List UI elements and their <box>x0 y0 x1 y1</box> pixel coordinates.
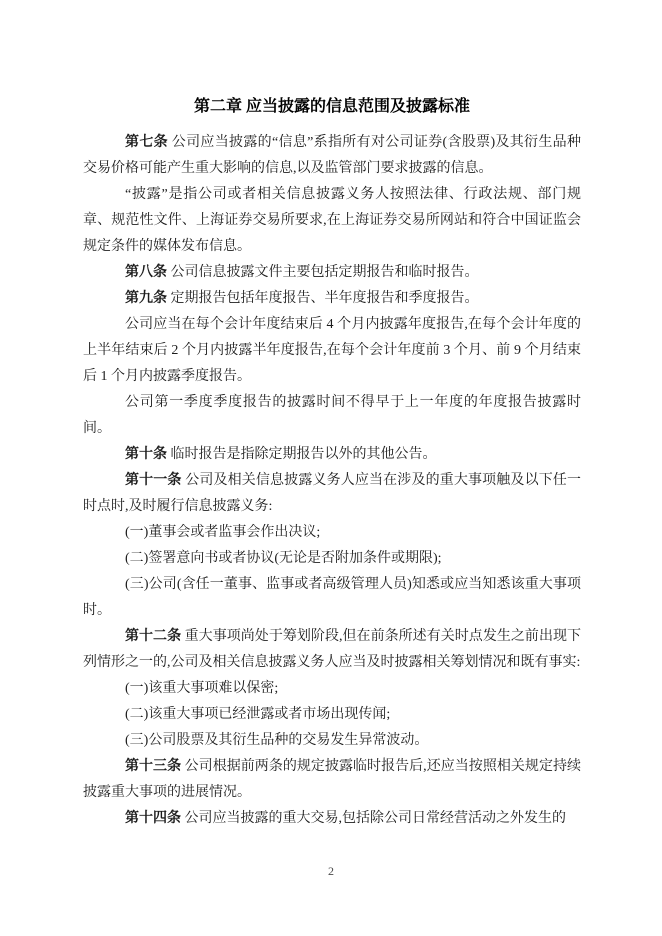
article-number: 第十四条 <box>125 811 181 826</box>
document-body: 第七条 公司应当披露的“信息”系指所有对公司证券(含股票)及其衍生品种交易价格可… <box>83 130 581 832</box>
paragraph: 第十二条 重大事项尚处于筹划阶段,但在前条所述有关时点发生之前出现下列情形之一的… <box>83 624 581 676</box>
article-number: 第十条 <box>125 447 167 462</box>
article-number: 第十一条 <box>125 473 182 488</box>
article-number: 第七条 <box>125 135 168 150</box>
document-page: 第二章 应当披露的信息范围及披露标准 第七条 公司应当披露的“信息”系指所有对公… <box>0 0 662 936</box>
paragraph: (二)该重大事项已经泄露或者市场出现传闻; <box>83 702 581 728</box>
page-number: 2 <box>0 863 662 879</box>
paragraph: 第十四条 公司应当披露的重大交易,包括除公司日常经营活动之外发生的 <box>83 806 581 832</box>
paragraph: 第九条 定期报告包括年度报告、半年度报告和季度报告。 <box>83 286 581 312</box>
paragraph: (三)公司(含任一董事、监事或者高级管理人员)知悉或应当知悉该重大事项时。 <box>83 572 581 624</box>
article-number: 第十三条 <box>125 759 181 774</box>
paragraph: 公司第一季度季度报告的披露时间不得早于上一年度的年度报告披露时间。 <box>83 390 581 442</box>
article-number: 第八条 <box>125 265 167 280</box>
paragraph: (一)董事会或者监事会作出决议; <box>83 520 581 546</box>
article-number: 第十二条 <box>125 629 181 644</box>
paragraph: 第七条 公司应当披露的“信息”系指所有对公司证券(含股票)及其衍生品种交易价格可… <box>83 130 581 182</box>
chapter-title: 第二章 应当披露的信息范围及披露标准 <box>83 97 581 117</box>
paragraph: 第十条 临时报告是指除定期报告以外的其他公告。 <box>83 442 581 468</box>
paragraph: 第十一条 公司及相关信息披露义务人应当在涉及的重大事项触及以下任一时点时,及时履… <box>83 468 581 520</box>
paragraph: “披露”是指公司或者相关信息披露义务人按照法律、行政法规、部门规章、规范性文件、… <box>83 182 581 260</box>
paragraph: 公司应当在每个会计年度结束后 4 个月内披露年度报告,在每个会计年度的上半年结束… <box>83 312 581 390</box>
paragraph: (三)公司股票及其衍生品种的交易发生异常波动。 <box>83 728 581 754</box>
article-number: 第九条 <box>125 291 167 306</box>
paragraph: 第十三条 公司根据前两条的规定披露临时报告后,还应当按照相关规定持续披露重大事项… <box>83 754 581 806</box>
paragraph: 第八条 公司信息披露文件主要包括定期报告和临时报告。 <box>83 260 581 286</box>
paragraph: (一)该重大事项难以保密; <box>83 676 581 702</box>
paragraph: (二)签署意向书或者协议(无论是否附加条件或期限); <box>83 546 581 572</box>
